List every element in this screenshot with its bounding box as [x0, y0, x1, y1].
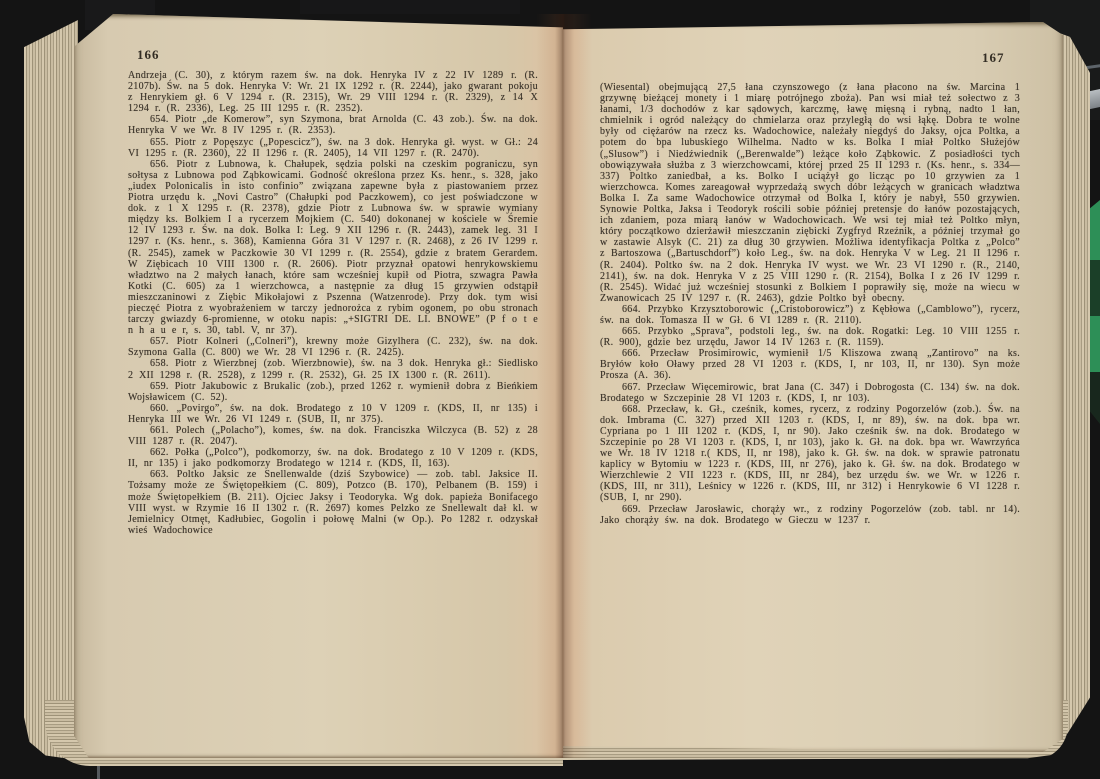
dictionary-entry-paragraph: (Wiesental) obejmującą 27,5 łana czynszo… [600, 82, 1020, 304]
page-number-right: 167 [982, 50, 1005, 66]
page-edges-left [24, 14, 78, 766]
dictionary-entry-paragraph: 665. Przybko „Sprava”, podstoli leg., św… [600, 326, 1020, 348]
dictionary-entry-paragraph: 664. Przybko Krzysztoborowic („Cristobor… [600, 304, 1020, 326]
book-gutter-shadow [536, 14, 592, 758]
book-photo: { "scene": "Photograph of an open book o… [0, 0, 1100, 779]
dictionary-entry-paragraph: 654. Piotr „de Komerow”, syn Szymona, br… [128, 114, 538, 136]
dictionary-entry-paragraph: 659. Piotr Jakubowic z Brukalic (zob.), … [128, 381, 538, 403]
dictionary-entry-paragraph: 658. Piotr z Wierzbnej (zob. Wierzbnowie… [128, 358, 538, 380]
dictionary-entry-paragraph: 662. Połka („Polco”), podkomorzy, św. na… [128, 447, 538, 469]
dictionary-entry-paragraph: 663. Poltko Jaksic ze Snellenwalde (dziś… [128, 469, 538, 536]
dictionary-entry-paragraph: 660. „Povirgo”, św. na dok. Brodatego z … [128, 403, 538, 425]
right-page-text-column: (Wiesental) obejmującą 27,5 łana czynszo… [600, 82, 1020, 526]
left-page-text-column: Andrzeja (C. 30), z którym razem św. na … [128, 70, 538, 536]
dictionary-entry-paragraph: 655. Piotr z Popęszyc („Popescicz”), św.… [128, 137, 538, 159]
dictionary-entry-paragraph: 656. Piotr z Lubnowa, k. Chałupek, sędzi… [128, 159, 538, 337]
dictionary-entry-paragraph: 667. Przecław Więcemirowic, brat Jana (C… [600, 382, 1020, 404]
dictionary-entry-paragraph: 657. Piotr Kolneri („Colneri”), krewny m… [128, 336, 538, 358]
dictionary-entry-paragraph: 666. Przecław Prosimirowic, wymienił 1/5… [600, 348, 1020, 381]
dictionary-entry-paragraph: Andrzeja (C. 30), z którym razem św. na … [128, 70, 538, 114]
background-highlight [300, 0, 520, 14]
page-number-left: 166 [137, 47, 160, 63]
dictionary-entry-paragraph: 661. Polech („Polacho”), komes, św. na d… [128, 425, 538, 447]
dictionary-entry-paragraph: 668. Przecław, k. Gł., cześnik, komes, r… [600, 404, 1020, 504]
dictionary-entry-paragraph: 669. Przecław Jarosławic, chorąży wr., z… [600, 504, 1020, 526]
